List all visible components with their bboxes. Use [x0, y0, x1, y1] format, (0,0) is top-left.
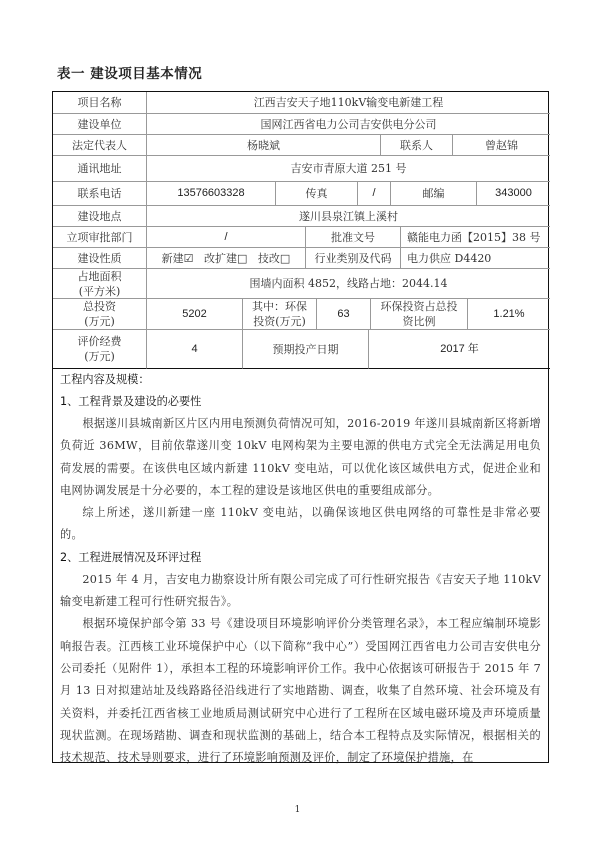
- page-title: 表一 建设项目基本情况: [57, 62, 202, 82]
- label-project-name: 项目名称: [53, 92, 147, 114]
- section1-title: 1、工程背景及建设的必要性: [60, 391, 541, 413]
- label-eval-fee-line1: 评价经费: [78, 334, 122, 349]
- label-area-line2: (平方米): [79, 284, 121, 299]
- label-builder: 建设单位: [53, 114, 147, 135]
- page-number: 1: [0, 805, 595, 815]
- project-content: 工程内容及规模： 1、工程背景及建设的必要性 根据遂川县城南新区片区内用电预测负…: [53, 369, 548, 769]
- label-start-date: 预期投产日期: [243, 330, 369, 369]
- value-investment: 5202: [147, 299, 243, 330]
- label-location: 建设地点: [53, 206, 147, 227]
- value-area: 围墙内面积 4852，线路占地：2044.14: [147, 269, 550, 299]
- label-address: 通讯地址: [53, 156, 147, 182]
- label-env-investment: 其中：环保 投资(万元): [243, 299, 317, 330]
- label-industry: 行业类别及代码: [306, 248, 401, 269]
- value-fax: /: [358, 182, 391, 206]
- label-nature: 建设性质: [53, 248, 147, 269]
- value-env-ratio: 1.21%: [468, 299, 550, 330]
- value-start-date: 2017 年: [369, 330, 550, 369]
- label-eval-fee-line2: (万元): [84, 349, 115, 364]
- label-eval-fee: 评价经费 (万元): [53, 330, 147, 369]
- section1-paragraph-2: 综上所述，遂川新建一座 110kV 变电站，以确保该地区供电网络的可靠性是非常必…: [60, 502, 541, 547]
- label-area-line1: 占地面积: [78, 269, 122, 284]
- label-env-investment-line2: 投资(万元): [253, 314, 306, 329]
- section2-paragraph-2: 根据环境保护部令第 33 号《建设项目环境影响评价分类管理名录》，本工程应编制环…: [60, 613, 541, 769]
- project-info-table: 项目名称 江西吉安天子地110kV输变电新建工程 建设单位 国网江西省电力公司吉…: [52, 91, 549, 763]
- value-approval-doc: 赣能电力函【2015】38 号: [401, 227, 550, 248]
- label-env-ratio-line1: 环保投资占总投: [381, 299, 458, 314]
- value-industry: 电力供应 D4420: [401, 248, 550, 269]
- label-env-ratio-line2: 资比例: [403, 314, 436, 329]
- value-location: 遂川县泉江镇上溪村: [147, 206, 550, 227]
- label-approval-doc: 批准文号: [306, 227, 401, 248]
- label-contact: 联系人: [381, 135, 453, 156]
- label-fax: 传真: [276, 182, 358, 206]
- value-eval-fee: 4: [147, 330, 243, 369]
- value-builder: 国网江西省电力公司吉安供电分公司: [147, 114, 550, 135]
- label-investment: 总投资 (万元): [53, 299, 147, 330]
- label-investment-line1: 总投资: [83, 299, 116, 314]
- value-contact: 曾赵锦: [453, 135, 550, 156]
- label-approval-dept: 立项审批部门: [53, 227, 147, 248]
- label-legal-rep: 法定代表人: [53, 135, 147, 156]
- section1-paragraph-1: 根据遂川县城南新区片区内用电预测负荷情况可知，2016-2019 年遂川县城南新…: [60, 413, 541, 502]
- value-phone: 13576603328: [147, 182, 276, 206]
- label-phone: 联系电话: [53, 182, 147, 206]
- label-investment-line2: (万元): [84, 314, 115, 329]
- value-legal-rep: 杨晓斌: [147, 135, 381, 156]
- value-approval-dept: /: [147, 227, 306, 248]
- section2-paragraph-1: 2015 年 4 月，吉安电力勘察设计所有限公司完成了可行性研究报告《吉安天子地…: [60, 569, 541, 614]
- label-zip: 邮编: [391, 182, 477, 206]
- value-zip: 343000: [477, 182, 550, 206]
- label-area: 占地面积 (平方米): [53, 269, 147, 299]
- content-heading: 工程内容及规模：: [60, 369, 541, 391]
- value-nature: 新建☑ 改扩建□ 技改□: [147, 248, 306, 269]
- section2-title: 2、工程进展情况及环评过程: [60, 547, 541, 569]
- label-env-investment-line1: 其中：环保: [252, 299, 307, 314]
- value-project-name: 江西吉安天子地110kV输变电新建工程: [147, 92, 550, 114]
- value-address: 吉安市青原大道 251 号: [147, 156, 550, 182]
- label-env-ratio: 环保投资占总投 资比例: [371, 299, 468, 330]
- value-env-investment: 63: [317, 299, 371, 330]
